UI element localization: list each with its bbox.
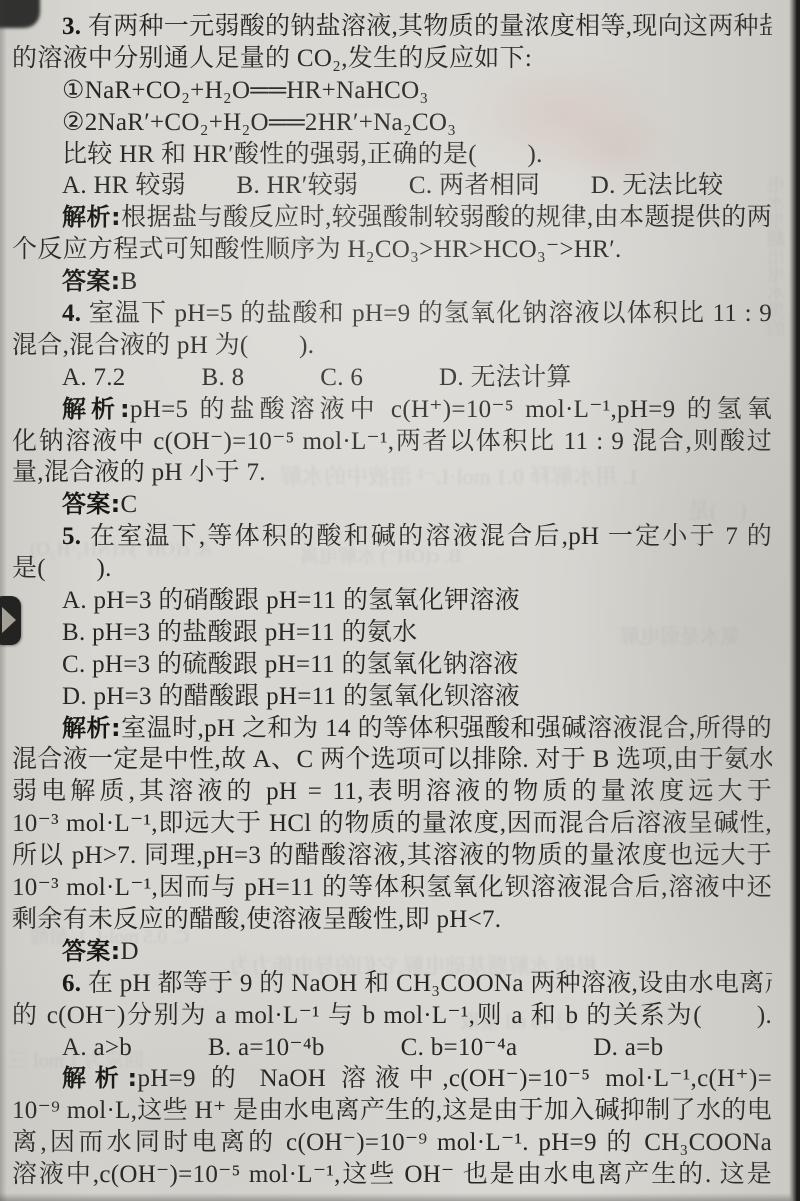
line-label: 5.: [62, 523, 81, 550]
page-edge-tab: [0, 596, 21, 645]
text-line: 答案:D: [12, 936, 772, 968]
text-line: 4. 室温下 pH=5 的盐酸和 pH=9 的氢氧化钠溶液以体积比 11 : 9: [12, 298, 772, 330]
right-arrow-icon: [2, 607, 16, 633]
text-line: A. 7.2 B. 8 C. 6 D. 无法计算: [12, 362, 772, 394]
text-line: 6. 在 pH 都等于 9 的 NaOH 和 CH₃COONa 两种溶液,设由水…: [12, 968, 772, 1000]
text-line: ②2NaR′+CO₂+H₂O══2HR′+Na₂CO₃: [12, 107, 772, 139]
text-line: 的溶液中分别通人足量的 CO₂,发生的反应如下:: [12, 43, 772, 75]
text-line: 化钠溶液中 c(OH⁻)=10⁻⁵ mol·L⁻¹,两者以体积比 11 : 9 …: [12, 426, 772, 458]
text-line: 解析:pH=9 的 NaOH 溶液中,c(OH⁻)=10⁻⁵ mol·L⁻¹,c…: [12, 1063, 772, 1095]
text-line: 的 c(OH⁻)分别为 a mol·L⁻¹ 与 b mol·L⁻¹,则 a 和 …: [12, 1000, 772, 1032]
text-line: 溶液中,c(OH⁻)=10⁻⁵ mol·L⁻¹,这些 OH⁻ 也是由水电离产生的…: [12, 1159, 772, 1191]
text-line: A. HR 较弱 B. HR′较弱 C. 两者相同 D. 无法比较: [12, 170, 772, 202]
text-line: A. a>b B. a=10⁻⁴b C. b=10⁻⁴a D. a=b: [12, 1032, 772, 1064]
text-line: D. pH=3 的醋酸跟 pH=11 的氢氧化钡溶液: [12, 681, 772, 713]
line-label: 6.: [62, 970, 81, 997]
text-line: 解析:根据盐与酸反应时,较强酸制较弱酸的规律,由本题提供的两: [12, 202, 772, 234]
text-line: 10⁻⁹ mol·L,这些 H⁺ 是由水电离产生的,这是由于加入碱抑制了水的电: [12, 1095, 772, 1127]
text-line: 5. 在室温下,等体积的酸和碱的溶液混合后,pH 一定小于 7 的: [12, 521, 772, 553]
text-line: 离,因而水同时电离的 c(OH⁻)=10⁻⁹ mol·L⁻¹. pH=9 的 C…: [12, 1127, 772, 1159]
text-line: 答案:B: [12, 266, 772, 298]
text-line: 混合液一定是中性,故 A、C 两个选项可以排除. 对于 B 选项,由于氨水是: [12, 744, 772, 776]
line-label: 4.: [62, 300, 81, 327]
text-line: 所以 pH>7. 同理,pH=3 的醋酸溶液,其溶液的物质的量浓度也远大于: [12, 840, 772, 872]
text-line: 混合,混合液的 pH 为( ).: [12, 330, 772, 362]
line-label: 解析:: [62, 1064, 137, 1092]
text-line: 量,混合液的 pH 小于 7.: [12, 457, 772, 489]
line-label: 答案:: [62, 937, 121, 965]
text-column: 3. 有两种一元弱酸的钠盐溶液,其物质的量浓度相等,现向这两种盐的溶液中分别通人…: [12, 11, 772, 1191]
text-line: B. pH=3 的盐酸跟 pH=11 的氨水: [12, 617, 772, 649]
scan-edge-bottom: [0, 1193, 800, 1201]
text-line: 3. 有两种一元弱酸的钠盐溶液,其物质的量浓度相等,现向这两种盐: [12, 11, 772, 43]
text-line: 答案:C: [12, 489, 772, 521]
text-line: 是( ).: [12, 553, 772, 585]
text-line: 解析:pH=5 的盐酸溶液中 c(H⁺)=10⁻⁵ mol·L⁻¹,pH=9 的…: [12, 394, 772, 426]
line-label: 3.: [62, 13, 81, 40]
text-line: 10⁻³ mol·L⁻¹,即远大于 HCl 的物质的量浓度,因而混合后溶液呈碱性…: [12, 808, 772, 840]
line-label: 解析:: [62, 203, 121, 231]
line-label: 解析:: [62, 395, 130, 423]
text-line: C. pH=3 的硫酸跟 pH=11 的氢氧化钠溶液: [12, 649, 772, 681]
text-line: 个反应方程式可知酸性顺序为 H₂CO₃>HR>HCO₃⁻>HR′.: [12, 234, 772, 266]
text-line: 弱电解质,其溶液的 pH = 11,表明溶液的物质的量浓度远大于: [12, 776, 772, 808]
scan-edge-right: [789, 0, 800, 1201]
text-line: A. pH=3 的硝酸跟 pH=11 的氢氧化钾溶液: [12, 585, 772, 617]
line-label: 解析:: [62, 714, 121, 742]
text-line: ①NaR+CO₂+H₂O══HR+NaHCO₃: [12, 75, 772, 107]
scanned-page: { "page": { "paper_color": "#d9d7d2", "i…: [0, 0, 800, 1201]
text-line: 比较 HR 和 HR′酸性的强弱,正确的是( ).: [12, 139, 772, 171]
text-line: 10⁻³ mol·L⁻¹,因而与 pH=11 的等体积氢氧化钡溶液混合后,溶液中…: [12, 872, 772, 904]
line-label: 答案:: [62, 490, 121, 518]
line-label: 答案:: [62, 267, 121, 295]
text-line: 解析:室温时,pH 之和为 14 的等体积强酸和强碱溶液混合,所得的: [12, 713, 772, 745]
text-line: 剩余有未反应的醋酸,使溶液呈酸性,即 pH<7.: [12, 904, 772, 936]
